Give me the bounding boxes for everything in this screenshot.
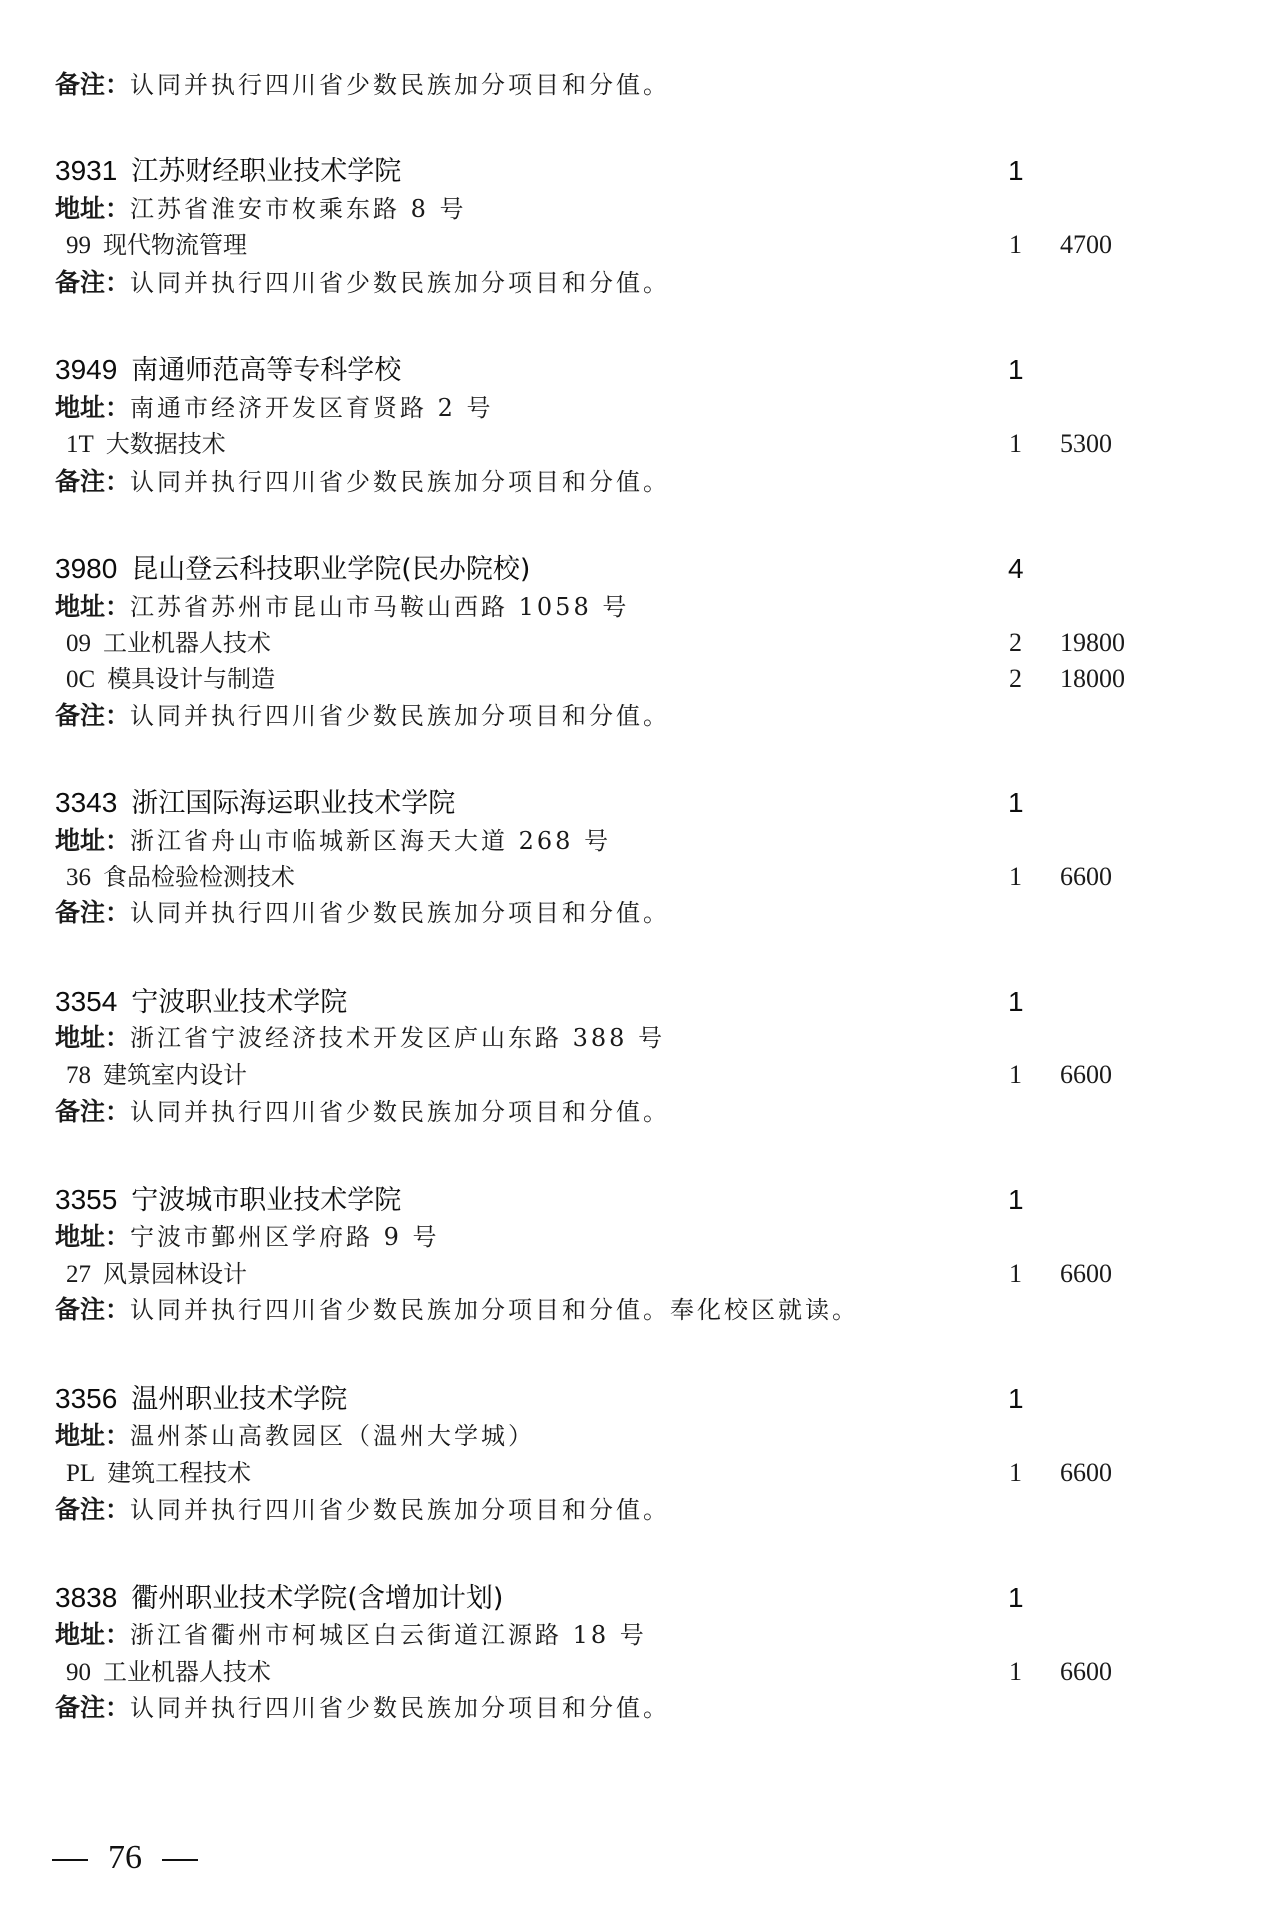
note-text: 认同并执行四川省少数民族加分项目和分值。 <box>130 1694 670 1722</box>
address-line: 地址：浙江省宁波经济技术开发区庐山东路 388 号 <box>55 1020 665 1056</box>
major-code: 0C <box>66 662 95 698</box>
major-name: 模具设计与制造 <box>107 665 275 693</box>
major-code: 27 <box>66 1257 91 1293</box>
note-line: 备注：认同并执行四川省少数民族加分项目和分值。 <box>55 1094 670 1130</box>
major-tuition: 6600 <box>1060 1455 1112 1491</box>
note-label: 备注： <box>55 467 130 496</box>
school-name: 昆山登云科技职业学院(民办院校) <box>131 554 530 585</box>
major-tuition: 4700 <box>1060 227 1112 263</box>
school-code: 3838 <box>55 1580 117 1616</box>
note-text: 认同并执行四川省少数民族加分项目和分值。 <box>130 1098 670 1126</box>
note-label: 备注： <box>55 701 130 730</box>
page-number-footer: 76 <box>52 1840 198 1876</box>
school-title: 3838衢州职业技术学院(含增加计划) <box>55 1580 503 1616</box>
major-name: 工业机器人技术 <box>103 1658 271 1686</box>
address-text: 江苏省苏州市昆山市马鞍山西路 1058 号 <box>130 593 629 621</box>
school-title: 3931江苏财经职业技术学院 <box>55 153 401 189</box>
school-name: 南通师范高等专科学校 <box>131 355 401 386</box>
address-text: 浙江省衢州市柯城区白云街道江源路 18 号 <box>130 1621 647 1649</box>
school-name: 浙江国际海运职业技术学院 <box>131 788 455 819</box>
school-title: 3355宁波城市职业技术学院 <box>55 1182 401 1218</box>
address-label: 地址： <box>55 1421 130 1450</box>
major-row: 36食品检验检测技术 <box>66 859 295 895</box>
note-label: 备注： <box>55 268 130 297</box>
major-code: 78 <box>66 1058 91 1094</box>
address-text: 南通市经济开发区育贤路 2 号 <box>130 394 494 422</box>
note-text: 认同并执行四川省少数民族加分项目和分值。奉化校区就读。 <box>130 1296 859 1324</box>
address-label: 地址： <box>55 194 130 223</box>
major-tuition: 6600 <box>1060 1256 1112 1292</box>
school-code: 3343 <box>55 785 117 821</box>
major-row: PL建筑工程技术 <box>66 1455 251 1491</box>
major-tuition: 5300 <box>1060 426 1112 462</box>
school-total-plan: 1 <box>1008 785 1024 821</box>
note-text: 认同并执行四川省少数民族加分项目和分值。 <box>130 1496 670 1524</box>
address-text: 江苏省淮安市枚乘东路 8 号 <box>130 195 467 223</box>
note-label: 备注： <box>55 1693 130 1722</box>
note-label: 备注： <box>55 1495 130 1524</box>
school-code: 3931 <box>55 153 117 189</box>
note-label: 备注： <box>55 898 130 927</box>
major-plan-count: 2 <box>1009 661 1022 697</box>
major-code: 09 <box>66 626 91 662</box>
major-plan-count: 1 <box>1009 227 1022 263</box>
note-text: 认同并执行四川省少数民族加分项目和分值。 <box>130 269 670 297</box>
note-line: 备注：认同并执行四川省少数民族加分项目和分值。 <box>55 464 670 500</box>
major-plan-count: 1 <box>1009 1256 1022 1292</box>
note-label: 备注： <box>55 1097 130 1126</box>
major-name: 工业机器人技术 <box>103 629 271 657</box>
school-code: 3355 <box>55 1182 117 1218</box>
school-name: 江苏财经职业技术学院 <box>131 156 401 187</box>
major-tuition: 6600 <box>1060 1654 1112 1690</box>
school-code: 3949 <box>55 352 117 388</box>
major-row: 99现代物流管理 <box>66 227 247 263</box>
address-text: 温州茶山高教园区（温州大学城） <box>130 1422 535 1450</box>
address-label: 地址： <box>55 1222 130 1251</box>
major-code: PL <box>66 1456 95 1492</box>
school-name: 衢州职业技术学院(含增加计划) <box>131 1583 503 1614</box>
school-total-plan: 1 <box>1008 153 1024 189</box>
major-tuition: 6600 <box>1060 1057 1112 1093</box>
school-total-plan: 4 <box>1008 551 1024 587</box>
note-text: 认同并执行四川省少数民族加分项目和分值。 <box>130 899 670 927</box>
school-total-plan: 1 <box>1008 1182 1024 1218</box>
address-line: 地址：温州茶山高教园区（温州大学城） <box>55 1418 535 1454</box>
address-label: 地址： <box>55 1620 130 1649</box>
note-line: 备注：认同并执行四川省少数民族加分项目和分值。 <box>55 67 670 103</box>
note-text: 认同并执行四川省少数民族加分项目和分值。 <box>130 71 670 99</box>
note-label: 备注： <box>55 70 130 99</box>
address-label: 地址： <box>55 393 130 422</box>
major-code: 99 <box>66 228 91 264</box>
major-plan-count: 1 <box>1009 1455 1022 1491</box>
school-total-plan: 1 <box>1008 1580 1024 1616</box>
major-name: 食品检验检测技术 <box>103 863 295 891</box>
major-row: 0C模具设计与制造 <box>66 661 275 697</box>
major-code: 1T <box>66 427 94 463</box>
address-text: 浙江省宁波经济技术开发区庐山东路 388 号 <box>130 1024 665 1052</box>
school-name: 温州职业技术学院 <box>131 1384 347 1415</box>
dash-right <box>162 1859 198 1861</box>
major-row: 09工业机器人技术 <box>66 625 271 661</box>
major-name: 建筑工程技术 <box>107 1459 251 1487</box>
address-line: 地址：江苏省淮安市枚乘东路 8 号 <box>55 191 467 227</box>
note-line: 备注：认同并执行四川省少数民族加分项目和分值。 <box>55 1492 670 1528</box>
major-code: 36 <box>66 860 91 896</box>
note-line: 备注：认同并执行四川省少数民族加分项目和分值。奉化校区就读。 <box>55 1292 859 1328</box>
major-plan-count: 1 <box>1009 859 1022 895</box>
school-name: 宁波城市职业技术学院 <box>131 1185 401 1216</box>
address-label: 地址： <box>55 1023 130 1052</box>
address-line: 地址：宁波市鄞州区学府路 9 号 <box>55 1219 440 1255</box>
school-title: 3354宁波职业技术学院 <box>55 984 347 1020</box>
school-code: 3354 <box>55 984 117 1020</box>
major-row: 1T大数据技术 <box>66 426 226 462</box>
school-title: 3980昆山登云科技职业学院(民办院校) <box>55 551 530 587</box>
school-title: 3949南通师范高等专科学校 <box>55 352 401 388</box>
major-plan-count: 1 <box>1009 1057 1022 1093</box>
address-line: 地址：浙江省衢州市柯城区白云街道江源路 18 号 <box>55 1617 647 1653</box>
major-tuition: 6600 <box>1060 859 1112 895</box>
major-row: 90工业机器人技术 <box>66 1654 271 1690</box>
address-line: 地址：浙江省舟山市临城新区海天大道 268 号 <box>55 823 611 859</box>
note-line: 备注：认同并执行四川省少数民族加分项目和分值。 <box>55 698 670 734</box>
major-tuition: 19800 <box>1060 625 1125 661</box>
school-title: 3343浙江国际海运职业技术学院 <box>55 785 455 821</box>
school-code: 3980 <box>55 551 117 587</box>
major-plan-count: 2 <box>1009 625 1022 661</box>
note-line: 备注：认同并执行四川省少数民族加分项目和分值。 <box>55 895 670 931</box>
address-text: 浙江省舟山市临城新区海天大道 268 号 <box>130 827 611 855</box>
major-plan-count: 1 <box>1009 1654 1022 1690</box>
major-row: 78建筑室内设计 <box>66 1057 247 1093</box>
note-line: 备注：认同并执行四川省少数民族加分项目和分值。 <box>55 265 670 301</box>
note-label: 备注： <box>55 1295 130 1324</box>
major-name: 现代物流管理 <box>103 231 247 259</box>
note-text: 认同并执行四川省少数民族加分项目和分值。 <box>130 702 670 730</box>
note-text: 认同并执行四川省少数民族加分项目和分值。 <box>130 468 670 496</box>
address-line: 地址：江苏省苏州市昆山市马鞍山西路 1058 号 <box>55 589 629 625</box>
major-code: 90 <box>66 1655 91 1691</box>
address-text: 宁波市鄞州区学府路 9 号 <box>130 1223 440 1251</box>
major-name: 风景园林设计 <box>103 1260 247 1288</box>
page-number: 76 <box>108 1840 142 1876</box>
major-row: 27风景园林设计 <box>66 1256 247 1292</box>
major-name: 建筑室内设计 <box>103 1061 247 1089</box>
school-total-plan: 1 <box>1008 1381 1024 1417</box>
address-label: 地址： <box>55 592 130 621</box>
address-label: 地址： <box>55 826 130 855</box>
school-title: 3356温州职业技术学院 <box>55 1381 347 1417</box>
major-tuition: 18000 <box>1060 661 1125 697</box>
address-line: 地址：南通市经济开发区育贤路 2 号 <box>55 390 494 426</box>
note-line: 备注：认同并执行四川省少数民族加分项目和分值。 <box>55 1690 670 1726</box>
school-total-plan: 1 <box>1008 352 1024 388</box>
major-name: 大数据技术 <box>106 430 226 458</box>
school-name: 宁波职业技术学院 <box>131 987 347 1018</box>
school-code: 3356 <box>55 1381 117 1417</box>
school-total-plan: 1 <box>1008 984 1024 1020</box>
dash-left <box>52 1859 88 1861</box>
major-plan-count: 1 <box>1009 426 1022 462</box>
